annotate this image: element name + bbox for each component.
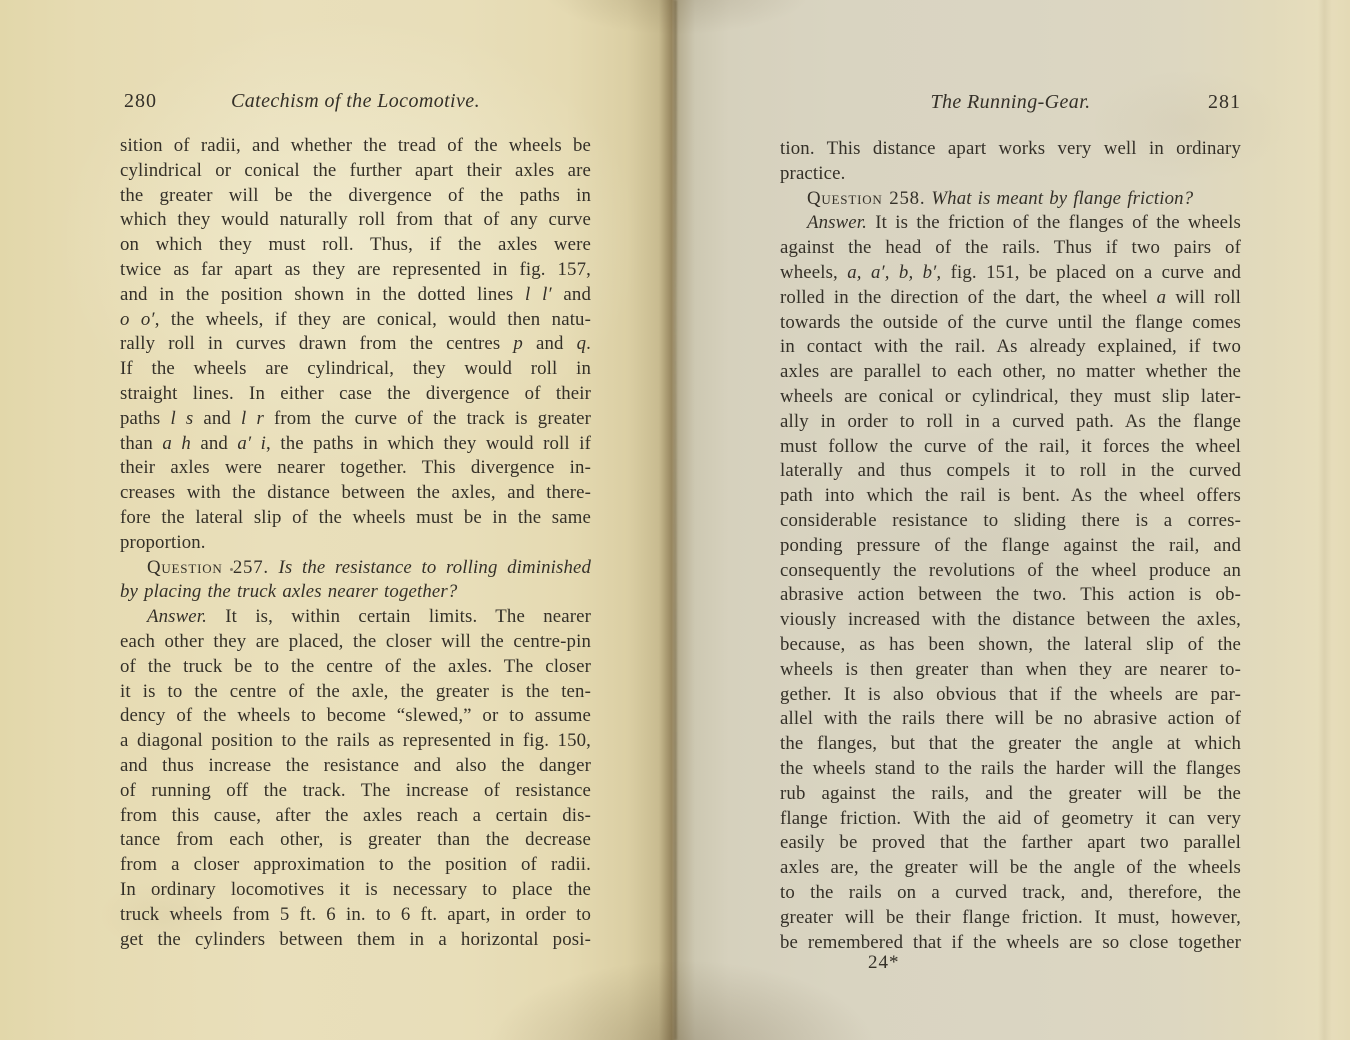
left-page: 280 Catechism of the Locomotive. sition …: [120, 0, 591, 1040]
text-line: which they would naturally roll from tha…: [120, 208, 591, 233]
right-text-column: tion. This distance apart works very wel…: [780, 137, 1241, 955]
text-line: ally in order to roll in a curved path. …: [780, 410, 1241, 435]
text-line: rally roll in curves drawn from the cent…: [120, 332, 591, 357]
text-line: laterally and thus compels it to roll in…: [780, 459, 1241, 484]
text-line: of the truck be to the centre of the axl…: [120, 655, 591, 680]
gutter-crease: [674, 0, 677, 1040]
text-line: gether. It is also obvious that if the w…: [780, 683, 1241, 708]
text-line: easily be proved that the farther apart …: [780, 831, 1241, 856]
text-line: wheels is then greater than when they ar…: [780, 658, 1241, 683]
text-line: because, as has been shown, the lateral …: [780, 633, 1241, 658]
text-line: twice as far apart as they are represent…: [120, 258, 591, 283]
text-line: ponding pressure of the flange against t…: [780, 534, 1241, 559]
text-line: against the head of the rails. Thus if t…: [780, 236, 1241, 261]
text-line: from a closer approximation to the posit…: [120, 853, 591, 878]
text-line: and in the position shown in the dotted …: [120, 283, 591, 308]
text-line: dency of the wheels to become “slewed,” …: [120, 704, 591, 729]
text-line: of running off the track. The increase o…: [120, 779, 591, 804]
text-line: cylindrical or conical the further apart…: [120, 159, 591, 184]
left-running-title: Catechism of the Locomotive.: [120, 90, 591, 113]
text-line: o o′, the wheels, if they are conical, w…: [120, 308, 591, 333]
text-line: paths l s and l r from the curve of the …: [120, 407, 591, 432]
text-line: viously increased with the distance betw…: [780, 608, 1241, 633]
text-line: consequently the revolutions of the whee…: [780, 559, 1241, 584]
text-line: in contact with the rail. As already exp…: [780, 335, 1241, 360]
text-line: Question 257. Is the resistance to rolli…: [120, 556, 591, 581]
text-line: practice.: [780, 162, 1241, 187]
text-line: axles are, the greater will be the angle…: [780, 856, 1241, 881]
text-line: each other they are placed, the closer w…: [120, 630, 591, 655]
text-line: towards the outside of the curve until t…: [780, 311, 1241, 336]
text-line: truck wheels from 5 ft. 6 in. to 6 ft. a…: [120, 903, 591, 928]
text-line: considerable resistance to sliding there…: [780, 509, 1241, 534]
text-line: the flanges, but that the greater the an…: [780, 732, 1241, 757]
text-line: Answer. It is the friction of the flange…: [780, 211, 1241, 236]
text-line: allel with the rails there will be no ab…: [780, 707, 1241, 732]
text-line: be remembered that if the wheels are so …: [780, 931, 1241, 956]
text-line: the greater will be the divergence of th…: [120, 184, 591, 209]
text-line: and thus increase the resistance and als…: [120, 754, 591, 779]
right-page-header: The Running-Gear. 281: [780, 91, 1241, 117]
text-line: rolled in the direction of the dart, the…: [780, 286, 1241, 311]
right-page-number: 281: [1208, 91, 1241, 114]
text-line: If the wheels are cylindrical, they woul…: [120, 357, 591, 382]
text-line: than a h and a′ i, the paths in which th…: [120, 432, 591, 457]
text-line: wheels are conical or cylindrical, they …: [780, 385, 1241, 410]
left-page-header: 280 Catechism of the Locomotive.: [120, 90, 591, 116]
text-line: get the cylinders between them in a hori…: [120, 928, 591, 953]
text-line: creases with the distance between the ax…: [120, 481, 591, 506]
book-scan: { "left_page": { "page_number": "280", "…: [0, 0, 1350, 1040]
text-line: by placing the truck axles nearer togeth…: [120, 580, 591, 605]
text-line: on which they must roll. Thus, if the ax…: [120, 233, 591, 258]
text-line: a diagonal position to the rails as repr…: [120, 729, 591, 754]
text-line: proportion.: [120, 531, 591, 556]
page-edge-crease: [1318, 0, 1332, 1040]
text-line: must follow the curve of the rail, it fo…: [780, 435, 1241, 460]
stray-mark: [230, 568, 233, 571]
left-page-number: 280: [124, 90, 157, 113]
text-line: their axles were nearer together. This d…: [120, 456, 591, 481]
text-line: flange friction. With the aid of geometr…: [780, 807, 1241, 832]
right-page: The Running-Gear. 281 tion. This distanc…: [780, 0, 1241, 1040]
text-line: Answer. It is, within certain limits. Th…: [120, 605, 591, 630]
left-text-column: sition of radii, and whether the tread o…: [120, 134, 591, 952]
signature-mark: 24*: [868, 952, 900, 974]
text-line: tion. This distance apart works very wel…: [780, 137, 1241, 162]
right-running-title: The Running-Gear.: [780, 91, 1241, 114]
text-line: abrasive action between the two. This ac…: [780, 583, 1241, 608]
text-line: to the rails on a curved track, and, the…: [780, 881, 1241, 906]
text-line: tance from each other, is greater than t…: [120, 828, 591, 853]
text-line: axles are parallel to each other, no mat…: [780, 360, 1241, 385]
text-line: the wheels stand to the rails the harder…: [780, 757, 1241, 782]
text-line: it is to the centre of the axle, the gre…: [120, 680, 591, 705]
text-line: rub against the rails, and the greater w…: [780, 782, 1241, 807]
text-line: fore the lateral slip of the wheels must…: [120, 506, 591, 531]
text-line: In ordinary locomotives it is necessary …: [120, 878, 591, 903]
text-line: path into which the rail is bent. As the…: [780, 484, 1241, 509]
text-line: Question 258. What is meant by flange fr…: [780, 187, 1241, 212]
text-line: wheels, a, a′, b, b′, fig. 151, be place…: [780, 261, 1241, 286]
text-line: from this cause, after the axles reach a…: [120, 804, 591, 829]
text-line: straight lines. In either case the diver…: [120, 382, 591, 407]
text-line: greater will be their flange friction. I…: [780, 906, 1241, 931]
text-line: sition of radii, and whether the tread o…: [120, 134, 591, 159]
